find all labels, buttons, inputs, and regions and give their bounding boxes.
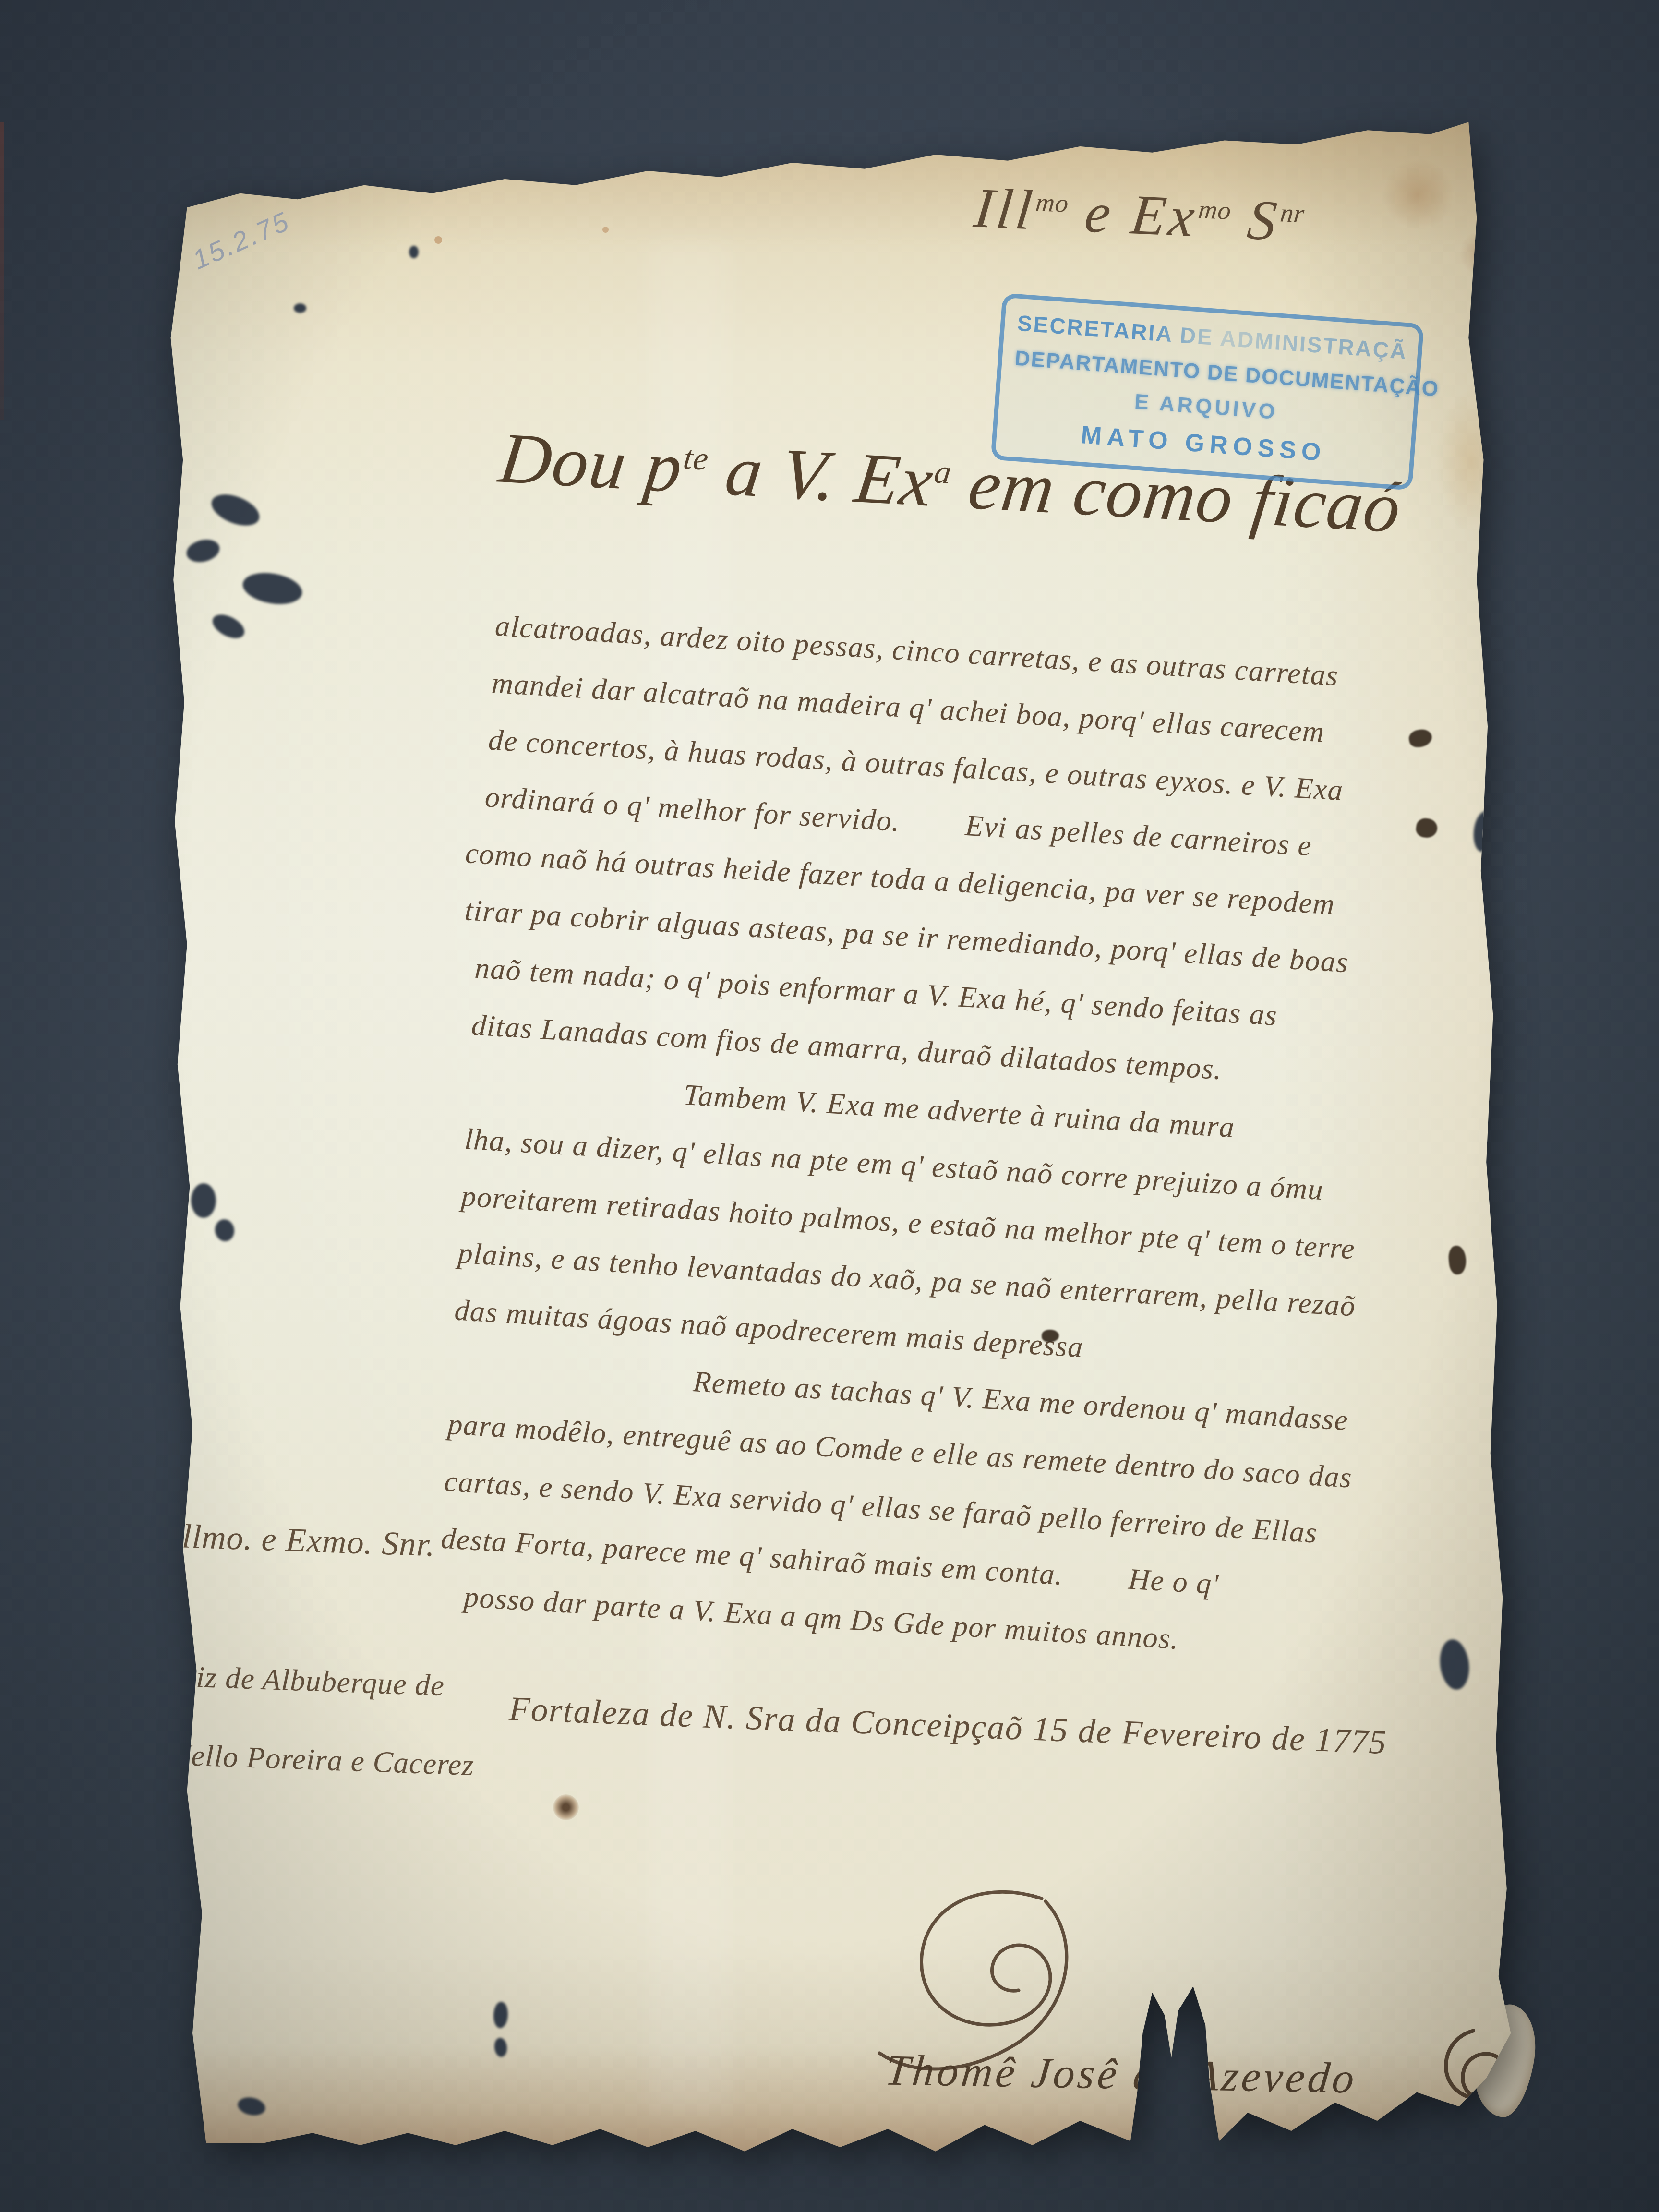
archive-stamp: SECRETARIA DE ADMINISTRAÇÃO DEPARTAMENTO… <box>990 293 1424 491</box>
paper-tear-hole <box>236 2095 267 2117</box>
paper-tear-hole <box>240 569 305 609</box>
signature-rubric-icon <box>1402 2017 1536 2169</box>
paper-tear-hole <box>213 1218 236 1243</box>
paper-tear-hole <box>184 536 222 565</box>
stain <box>1382 158 1455 230</box>
salutation-text: S <box>1227 188 1283 252</box>
salutation-text: Ill <box>971 176 1039 241</box>
salutation-text: e Ex <box>1064 180 1201 249</box>
paper-tear-hole <box>294 303 306 313</box>
archival-date-note: 15.2.75 <box>188 205 295 276</box>
paper-tear-hole <box>156 2046 189 2087</box>
address-salutation: Illmo. e Exmo. Snr. <box>170 1517 436 1564</box>
manuscript-photo: { "colors": { "background": "#3a4450", "… <box>0 0 1659 2212</box>
opening-text: Dou p <box>495 418 687 507</box>
stain <box>1435 389 1507 533</box>
manuscript-paper: 15.2.75 Illmo e Exmo Snr SECRETARIA DE A… <box>158 120 1522 2155</box>
signature-name: Thomê Josê de Azevedo <box>883 2046 1359 2104</box>
salutation-superscript: mo <box>1197 195 1233 225</box>
stain <box>602 227 609 233</box>
paper-tear-hole <box>409 246 419 258</box>
paper-shadow-wrap: 15.2.75 Illmo e Exmo Snr SECRETARIA DE A… <box>0 0 1659 2212</box>
addressee-name-line-1: Luiz de Albuberque de <box>163 1659 445 1703</box>
addressee-name-line-2: Mello Poreira e Cacerez <box>165 1737 475 1783</box>
foxing-spot <box>553 1794 579 1820</box>
opening-text: a V. Ex <box>702 430 938 521</box>
stain <box>1459 230 1505 276</box>
opening-superscript: te <box>682 439 711 477</box>
salutation: Illmo e Exmo Snr <box>971 175 1308 254</box>
paper-tear-hole <box>191 1183 216 1218</box>
paper-tear-hole <box>493 2037 508 2057</box>
paper-tear-hole <box>207 488 264 531</box>
letter-body: alcatroadas, ardez oito pessas, cinco ca… <box>436 598 1513 1684</box>
stain <box>434 236 442 244</box>
paper-tear-hole <box>493 2001 509 2028</box>
adjacent-document-edge <box>0 122 4 420</box>
salutation-superscript: nr <box>1279 199 1306 228</box>
salutation-superscript: mo <box>1034 188 1070 218</box>
top-edge-staining <box>158 120 1522 254</box>
paper-tear-hole <box>209 610 248 643</box>
dateline: Fortaleza de N. Sra da Conceipçaõ 15 de … <box>508 1690 1388 1762</box>
